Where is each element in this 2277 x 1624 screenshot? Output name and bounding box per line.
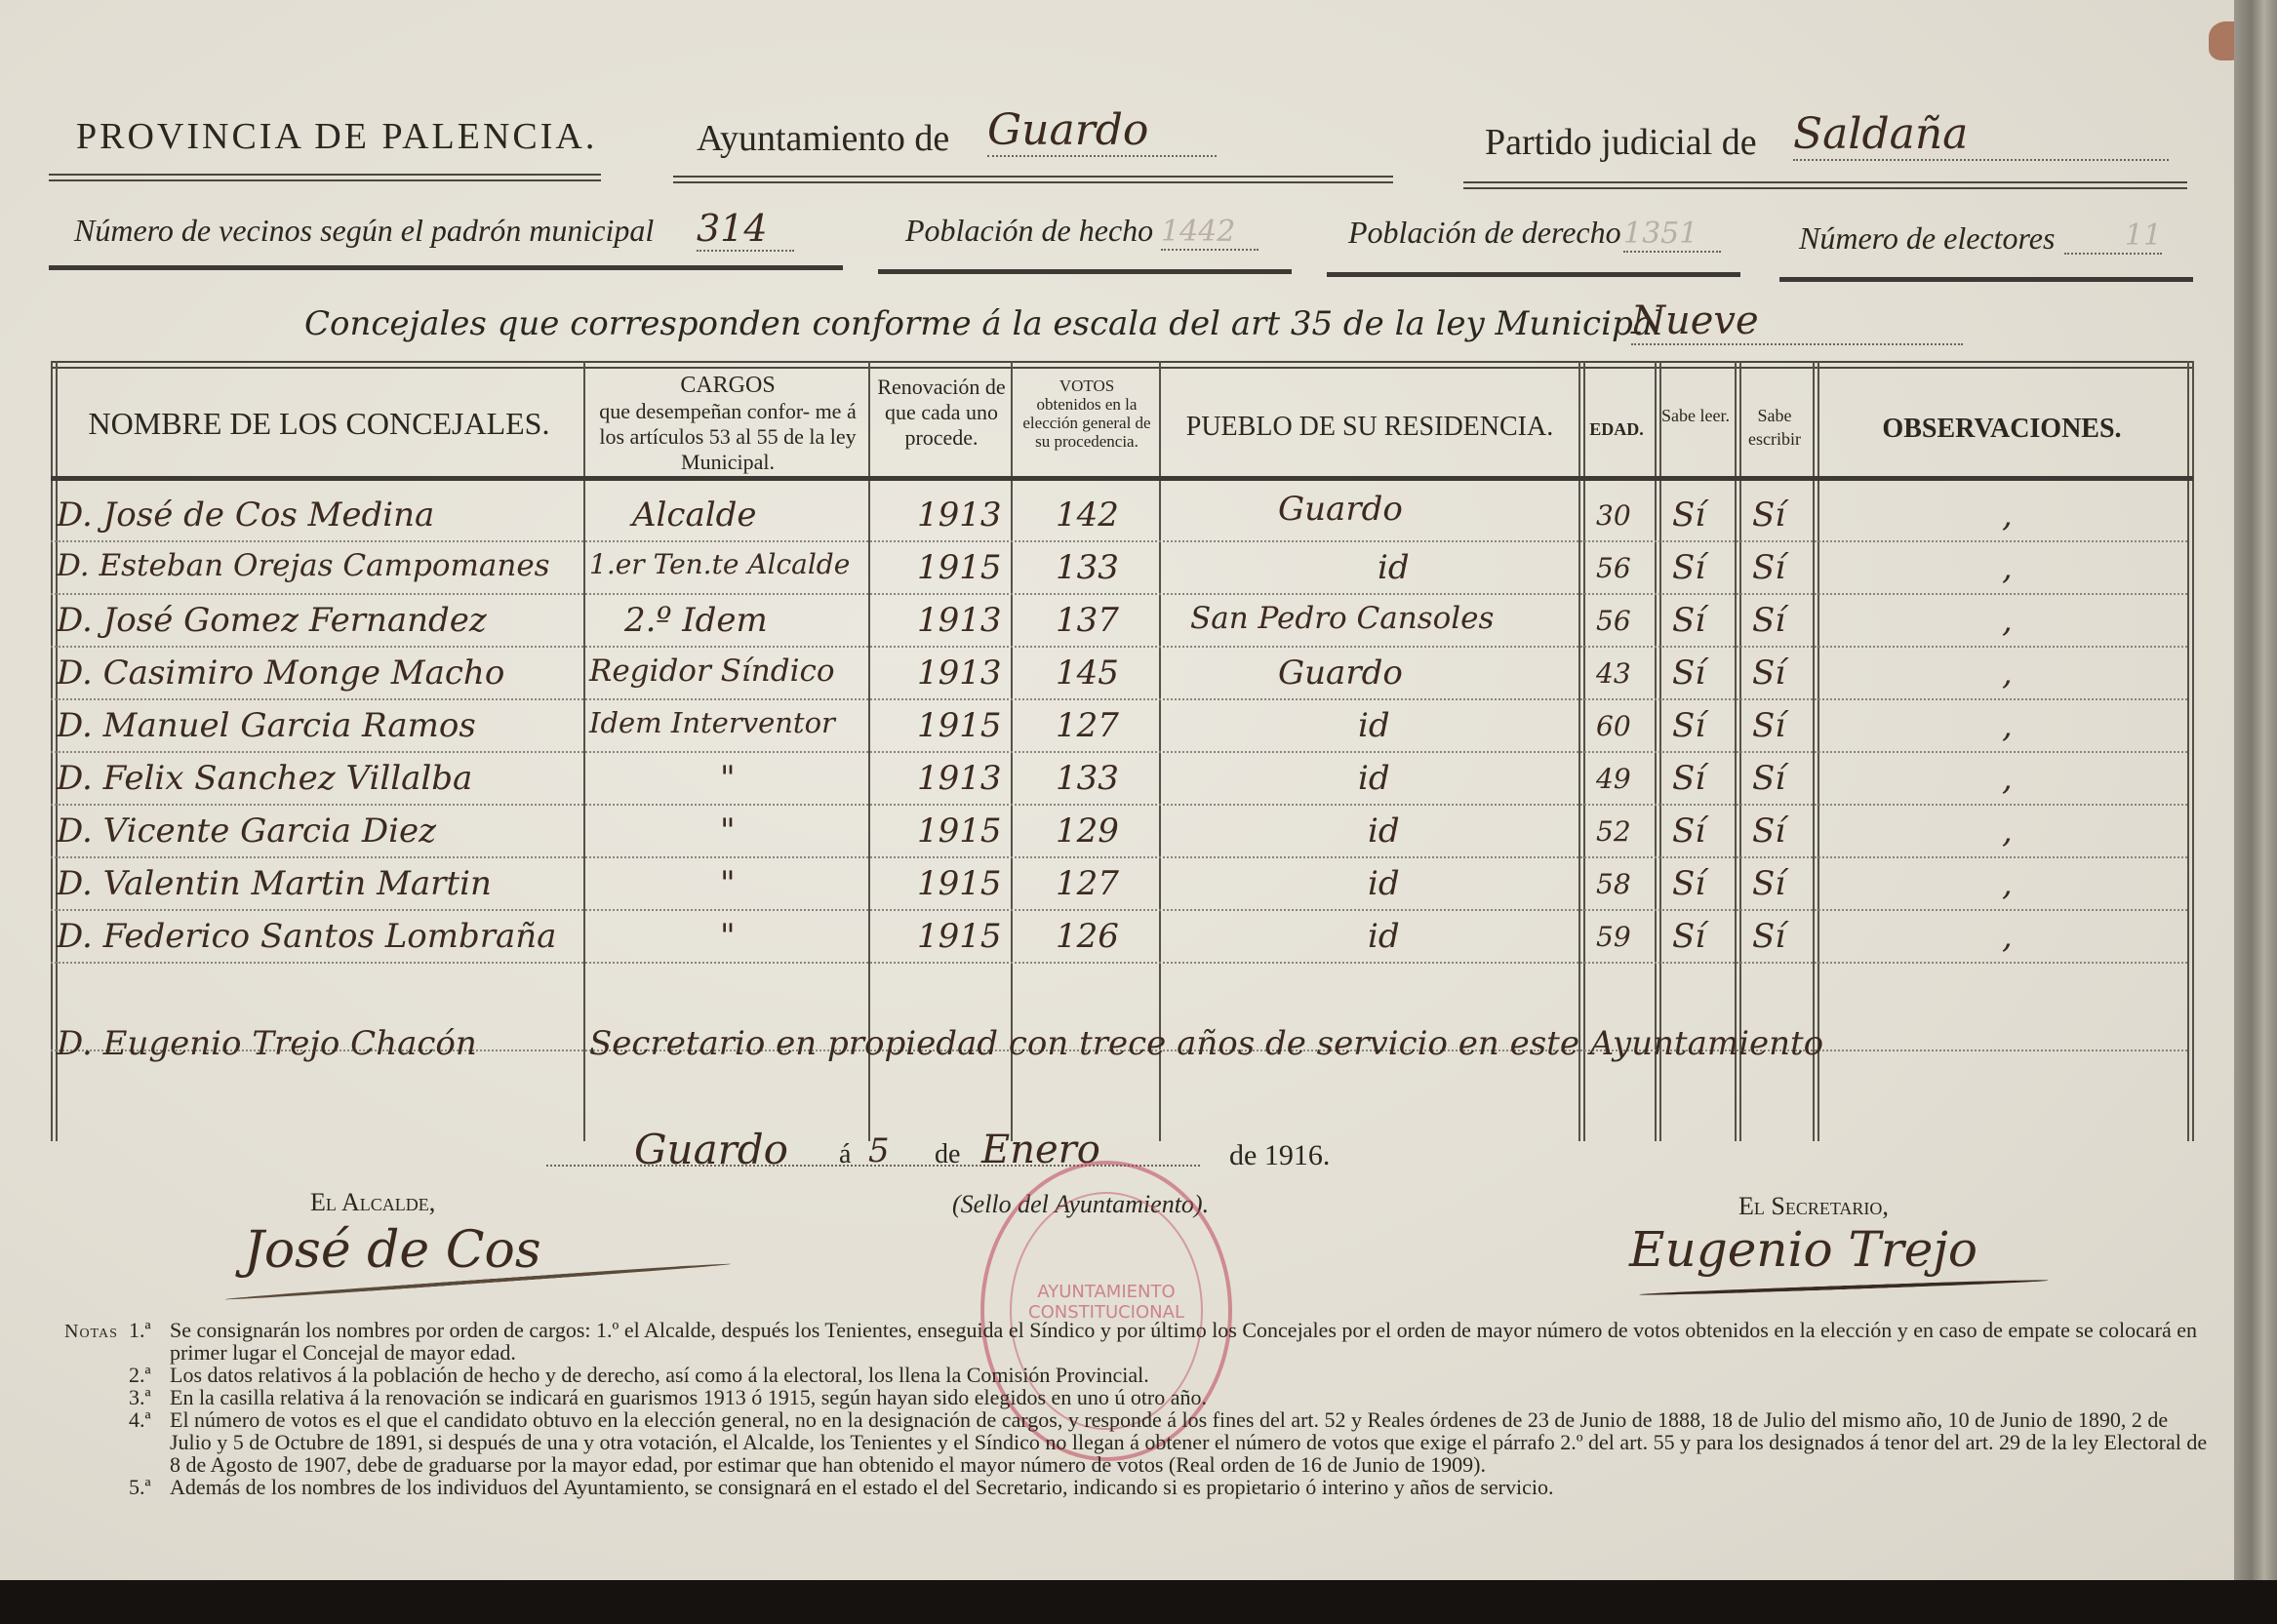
note-item: 1.ªSe consignarán los nombres por orden … [64, 1319, 2211, 1364]
book-binding [2234, 0, 2277, 1624]
notes-section: Notas 1.ªSe consignarán los nombres por … [64, 1319, 2211, 1498]
provincia-title: PROVINCIA DE PALENCIA. [76, 115, 597, 158]
concejales-value: Nueve [1631, 298, 1963, 345]
header-nombre: NOMBRE DE LOS CONCEJALES. [60, 406, 578, 442]
note-text: Los datos relativos á la población de he… [170, 1363, 1149, 1387]
table-top-rule [51, 361, 2193, 363]
secretario-label: El Secretario, [1738, 1192, 1889, 1221]
partido-label: Partido judicial de [1485, 121, 1757, 164]
cell-leer: Sí [1672, 917, 1705, 956]
derecho-value: 1351 [1623, 217, 1721, 253]
cell-escribir: Sí [1752, 759, 1785, 798]
cell-pueblo: Guardo [1278, 654, 1403, 693]
cell-secretario-nombre: D. Eugenio Trejo Chacón [57, 1024, 477, 1063]
cell-edad: 43 [1596, 657, 1631, 690]
stats-rule [1327, 272, 1740, 277]
electores-label: Número de electores [1799, 220, 2055, 257]
cell-escribir: Sí [1752, 917, 1785, 956]
cell-edad: 56 [1596, 552, 1631, 584]
cell-nombre: D. Vicente Garcia Diez [57, 812, 436, 851]
cell-pueblo: id [1368, 812, 1400, 851]
cell-edad: 59 [1596, 921, 1631, 953]
note-number: 2.ª [129, 1364, 151, 1386]
derecho-label: Población de derecho [1348, 215, 1621, 251]
row-rule [51, 804, 2187, 806]
cell-cargo: Idem Interventor [589, 706, 835, 739]
row-rule [51, 698, 2187, 700]
note-item: 3.ªEn la casilla relativa á la renovació… [64, 1386, 2211, 1408]
table-row: D. Felix Sanchez Villalba " 1913 133 id … [51, 759, 2187, 804]
cell-leer: Sí [1672, 864, 1705, 903]
table-row: D. Manuel Garcia Ramos Idem Interventor … [51, 706, 2187, 751]
cell-nombre: D. Felix Sanchez Villalba [57, 759, 472, 798]
vecinos-label: Número de vecinos según el padrón munici… [74, 213, 654, 249]
note-item: 2.ªLos datos relativos á la población de… [64, 1364, 2211, 1386]
cell-nombre: D. José Gomez Fernandez [57, 601, 487, 640]
row-rule [51, 646, 2187, 648]
ayuntamiento-label: Ayuntamiento de [697, 117, 949, 160]
cell-obs: , [2002, 917, 2013, 956]
cell-cargo: 2.º Idem [624, 601, 768, 640]
stats-rule [878, 269, 1292, 274]
date-place: Guardo [634, 1126, 788, 1173]
cell-leer: Sí [1672, 812, 1705, 851]
hecho-label: Población de hecho [905, 213, 1153, 249]
cell-obs: , [2002, 495, 2013, 535]
header-cargos-sub: que desempeñan confor- me á los artículo… [589, 399, 866, 475]
note-text: Además de los nombres de los individuos … [170, 1475, 1553, 1499]
cell-escribir: Sí [1752, 706, 1785, 745]
cell-edad: 52 [1596, 815, 1631, 848]
cell-escribir: Sí [1752, 495, 1785, 535]
cell-obs: , [2002, 601, 2013, 640]
cell-obs: , [2002, 759, 2013, 798]
cell-pueblo: id [1368, 917, 1400, 956]
header-cargos: CARGOS que desempeñan confor- me á los a… [589, 373, 866, 475]
cell-cargo: Regidor Síndico [589, 654, 835, 689]
date-de: de [935, 1139, 960, 1170]
date-day: 5 [868, 1131, 890, 1170]
hecho-value: 1442 [1161, 215, 1258, 251]
cell-obs: , [2002, 812, 2013, 851]
cell-escribir: Sí [1752, 654, 1785, 693]
stamp-text: AYUNTAMIENTO CONSTITUCIONAL [984, 1282, 1228, 1323]
cell-leer: Sí [1672, 601, 1705, 640]
cell-pueblo: id [1358, 759, 1390, 798]
cell-cargo: Alcalde [632, 495, 757, 535]
header-renovacion: Renovación de que cada uno procede. [876, 375, 1007, 451]
table-row: D. José Gomez Fernandez 2.º Idem 1913 13… [51, 601, 2187, 646]
cell-nombre: D. Federico Santos Lombraña [57, 917, 556, 956]
note-number: 5.ª [129, 1476, 151, 1498]
header-rule [49, 174, 601, 176]
header-cargos-title: CARGOS [589, 373, 866, 399]
cell-pueblo: id [1358, 706, 1390, 745]
cell-votos: 126 [1056, 917, 1119, 956]
cell-renovacion: 1915 [917, 917, 1002, 956]
row-rule [51, 962, 2187, 964]
cell-obs: , [2002, 864, 2013, 903]
concejales-label: Concejales que corresponden conforme á l… [304, 304, 1663, 343]
cell-cargo: " [720, 759, 736, 798]
cell-pueblo: San Pedro Cansoles [1190, 601, 1494, 636]
row-rule [51, 751, 2187, 753]
cell-renovacion: 1913 [917, 601, 1002, 640]
concejales-table: NOMBRE DE LOS CONCEJALES. CARGOS que des… [51, 361, 2193, 1141]
header-votos-sub: obtenidos en la elección general de su p… [1017, 395, 1157, 451]
cell-nombre: D. Esteban Orejas Campomanes [57, 548, 550, 583]
electores-value: 11 [2064, 218, 2162, 255]
note-number: 3.ª [129, 1386, 151, 1408]
cell-edad: 56 [1596, 605, 1631, 637]
cell-renovacion: 1915 [917, 864, 1002, 903]
cell-renovacion: 1913 [917, 495, 1002, 535]
header-votos: VOTOS obtenidos en la elección general d… [1017, 376, 1157, 451]
cell-leer: Sí [1672, 654, 1705, 693]
note-text: Se consignarán los nombres por orden de … [170, 1318, 2197, 1365]
cell-renovacion: 1915 [917, 706, 1002, 745]
cell-cargo: " [720, 917, 736, 956]
cell-votos: 145 [1056, 654, 1119, 693]
note-number: 4.ª [129, 1408, 151, 1431]
scan-shadow [0, 1580, 2277, 1624]
cell-cargo: 1.er Ten.te Alcalde [589, 548, 850, 580]
row-rule [51, 909, 2187, 911]
date-a: á [839, 1139, 851, 1170]
cell-renovacion: 1913 [917, 759, 1002, 798]
alcalde-label: El Alcalde, [310, 1188, 435, 1217]
row-rule [51, 593, 2187, 595]
cell-leer: Sí [1672, 706, 1705, 745]
table-row: D. Vicente Garcia Diez " 1915 129 id 52 … [51, 812, 2187, 856]
cell-secretario-texto: Secretario en propiedad con trece años d… [589, 1024, 1823, 1063]
date-year: de 1916. [1229, 1139, 1330, 1172]
header-escribir: Sabe escribir [1738, 404, 1811, 451]
header-edad: EDAD. [1580, 419, 1653, 440]
header-votos-title: VOTOS [1017, 376, 1157, 395]
header-rule [1463, 181, 2187, 183]
vecinos-value: 314 [697, 207, 794, 252]
header-rule [673, 176, 1393, 178]
cell-votos: 142 [1056, 495, 1119, 535]
note-number: 1.ª [129, 1319, 151, 1341]
table-row: D. Federico Santos Lombraña " 1915 126 i… [51, 917, 2187, 962]
header-observaciones: OBSERVACIONES. [1818, 414, 2185, 445]
note-text: En la casilla relativa á la renovación s… [170, 1385, 1207, 1409]
cell-renovacion: 1915 [917, 548, 1002, 587]
table-row: D. Esteban Orejas Campomanes 1.er Ten.te… [51, 548, 2187, 593]
cell-renovacion: 1915 [917, 812, 1002, 851]
cell-votos: 129 [1056, 812, 1119, 851]
cell-escribir: Sí [1752, 812, 1785, 851]
cell-cargo: " [720, 812, 736, 851]
cell-pueblo: Guardo [1278, 490, 1403, 529]
stats-rule [49, 265, 843, 270]
header-bottom-rule [51, 476, 2193, 481]
cell-votos: 133 [1056, 759, 1119, 798]
cell-escribir: Sí [1752, 548, 1785, 587]
cell-obs: , [2002, 548, 2013, 587]
note-text: El número de votos es el que el candidat… [170, 1407, 2207, 1477]
header-leer: Sabe leer. [1658, 404, 1733, 427]
cell-nombre: D. Manuel Garcia Ramos [57, 706, 476, 745]
cell-edad: 30 [1596, 499, 1631, 532]
note-item: 4.ªEl número de votos es el que el candi… [64, 1408, 2211, 1476]
cell-leer: Sí [1672, 495, 1705, 535]
alcalde-signature: José de Cos [244, 1221, 541, 1280]
cell-obs: , [2002, 706, 2013, 745]
date-line: Guardo á 5 de Enero de 1916. [546, 1131, 1356, 1176]
table-row: D. Valentin Martin Martin " 1915 127 id … [51, 864, 2187, 909]
cell-escribir: Sí [1752, 601, 1785, 640]
cell-votos: 127 [1056, 864, 1119, 903]
cell-leer: Sí [1672, 548, 1705, 587]
cell-votos: 137 [1056, 601, 1119, 640]
cell-edad: 49 [1596, 763, 1631, 795]
partido-value: Saldaña [1793, 109, 2169, 161]
row-rule [51, 856, 2187, 858]
cell-leer: Sí [1672, 759, 1705, 798]
cell-cargo: " [720, 864, 736, 903]
secretario-row: D. Eugenio Trejo Chacón Secretario en pr… [51, 1024, 2187, 1069]
cell-pueblo: id [1368, 864, 1400, 903]
table-row: D. José de Cos Medina Alcalde 1913 142 G… [51, 495, 2187, 540]
stats-rule [1779, 277, 2193, 282]
cell-nombre: D. Casimiro Monge Macho [57, 654, 504, 693]
header-pueblo: PUEBLO DE SU RESIDENCIA. [1165, 412, 1575, 443]
cell-renovacion: 1913 [917, 654, 1002, 693]
row-rule [51, 540, 2187, 542]
table-row: D. Casimiro Monge Macho Regidor Síndico … [51, 654, 2187, 698]
cell-nombre: D. José de Cos Medina [57, 495, 434, 535]
cell-edad: 58 [1596, 868, 1631, 900]
cell-edad: 60 [1596, 710, 1631, 742]
ayuntamiento-value: Guardo [987, 105, 1217, 157]
cell-votos: 133 [1056, 548, 1119, 587]
note-item: 5.ªAdemás de los nombres de los individu… [64, 1476, 2211, 1498]
cell-obs: , [2002, 654, 2013, 693]
cell-escribir: Sí [1752, 864, 1785, 903]
cell-pueblo: id [1378, 548, 1410, 587]
secretario-signature: Eugenio Trejo [1629, 1221, 1977, 1278]
cell-votos: 127 [1056, 706, 1119, 745]
cell-nombre: D. Valentin Martin Martin [57, 864, 492, 903]
